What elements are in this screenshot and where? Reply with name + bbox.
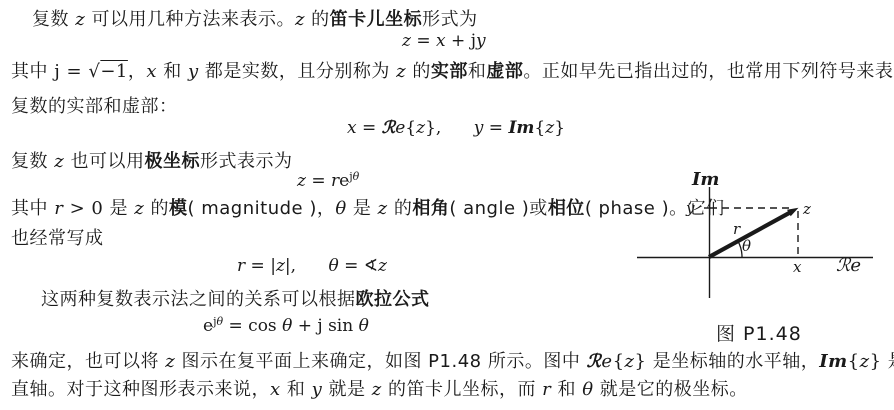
paragraph-real-imaginary: 其中 j = √−1，x 和 y 都是实数，且分别称为 z 的实部和虚部。正如早… bbox=[11, 61, 894, 83]
re-axis-label: ℛe bbox=[836, 255, 861, 276]
figure-caption: 图 P1.48 bbox=[716, 319, 802, 346]
paragraph-magnitude-angle: 其中 r > 0 是 z 的模( magnitude )，θ 是 z 的相角( … bbox=[11, 198, 725, 220]
theta-label: θ bbox=[742, 237, 751, 255]
formula-polar-form: z = rejθ bbox=[297, 171, 359, 191]
formula-cartesian-form: z = x + jy bbox=[402, 31, 486, 51]
paragraph-real-imaginary-cont: 复数的实部和虚部： bbox=[11, 96, 178, 118]
textbook-page: 复数 z 可以用几种方法来表示。z 的笛卡儿坐标形式为 z = x + jy 其… bbox=[0, 0, 894, 410]
formula-magnitude-angle: r = |z|, θ = ∢z bbox=[237, 256, 387, 276]
paragraph-complex-plane: 来确定，也可以将 z 图示在复平面上来确定，如图 P1.48 所示。图中 ℛe{… bbox=[11, 351, 894, 373]
paragraph-complex-plane-cont: 直轴。对于这种图形表示来说，x 和 y 就是 z 的笛卡儿坐标，而 r 和 θ … bbox=[11, 379, 748, 401]
z-point-label: z bbox=[802, 200, 811, 218]
x-point-label: x bbox=[793, 258, 802, 276]
paragraph-polar-intro: 复数 z 也可以用极坐标形式表示为 bbox=[11, 151, 292, 173]
r-label: r bbox=[733, 220, 741, 238]
formula-euler: ejθ = cos θ + j sin θ bbox=[203, 316, 369, 336]
paragraph-euler-intro: 这两种复数表示法之间的关系可以根据欧拉公式 bbox=[41, 289, 430, 311]
im-axis-label: Im bbox=[691, 169, 719, 190]
complex-plane-figure: Im ℛe y z r θ x bbox=[630, 158, 894, 308]
formula-re-im: x = ℛe{z}, y = Im{z} bbox=[347, 118, 565, 138]
y-point-label: y bbox=[685, 199, 695, 217]
paragraph-representation-intro: 复数 z 可以用几种方法来表示。z 的笛卡儿坐标形式为 bbox=[32, 9, 478, 31]
paragraph-often-written: 也经常写成 bbox=[11, 228, 104, 250]
